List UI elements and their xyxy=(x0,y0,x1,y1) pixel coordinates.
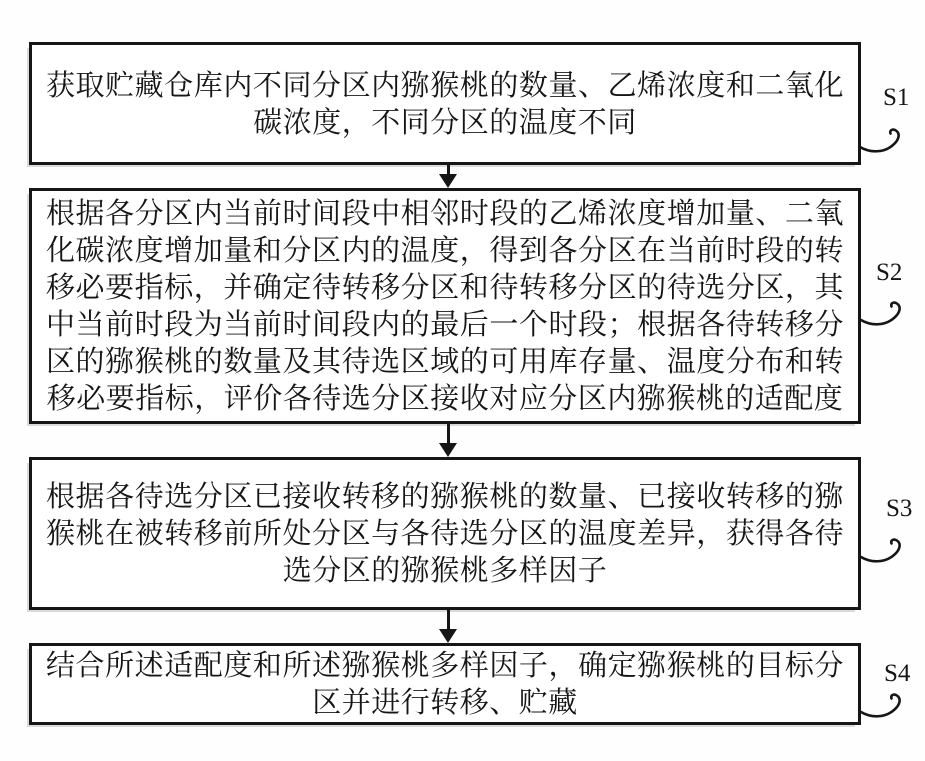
arrow-line xyxy=(447,610,450,630)
step-label-s4: S4 xyxy=(884,660,910,688)
flow-arrow-2 xyxy=(439,424,457,457)
step-text-s4: 结合所述适配度和所述猕猴桃多样因子，确定猕猴桃的目标分区并进行转移、贮藏 xyxy=(32,647,858,721)
arrow-line xyxy=(447,424,450,444)
arrow-down-icon xyxy=(439,629,457,643)
step-box-s3: 根据各待选分区已接收转移的猕猴桃的数量、已接收转移的猕猴桃在被转移前所处分区与各… xyxy=(29,457,861,610)
flow-arrow-1 xyxy=(439,165,457,188)
leader-curve-icon-s2 xyxy=(860,295,908,331)
step-label-s3: S3 xyxy=(886,495,912,523)
leader-curve-icon-s3 xyxy=(860,532,908,568)
step-text-s3: 根据各待选分区已接收转移的猕猴桃的数量、已接收转移的猕猴桃在被转移前所处分区与各… xyxy=(32,478,858,589)
step-box-s4: 结合所述适配度和所述猕猴桃多样因子，确定猕猴桃的目标分区并进行转移、贮藏 xyxy=(29,643,861,725)
leader-curve-icon-s4 xyxy=(860,687,908,723)
step-box-s2: 根据各分区内当前时间段中相邻时段的乙烯浓度增加量、二氧化碳浓度增加量和分区内的温… xyxy=(29,188,861,424)
flow-arrow-3 xyxy=(439,610,457,643)
step-text-s2: 根据各分区内当前时间段中相邻时段的乙烯浓度增加量、二氧化碳浓度增加量和分区内的温… xyxy=(32,195,858,417)
flowchart-canvas: 获取贮藏仓库内不同分区内猕猴桃的数量、乙烯浓度和二氧化碳浓度，不同分区的温度不同… xyxy=(0,0,925,761)
arrow-down-icon xyxy=(439,174,457,188)
step-text-s1: 获取贮藏仓库内不同分区内猕猴桃的数量、乙烯浓度和二氧化碳浓度，不同分区的温度不同 xyxy=(32,67,858,141)
step-label-s1: S1 xyxy=(883,84,909,112)
arrow-down-icon xyxy=(439,443,457,457)
step-label-s2: S2 xyxy=(876,259,902,287)
step-box-s1: 获取贮藏仓库内不同分区内猕猴桃的数量、乙烯浓度和二氧化碳浓度，不同分区的温度不同 xyxy=(29,42,861,165)
leader-curve-icon-s1 xyxy=(859,122,907,158)
